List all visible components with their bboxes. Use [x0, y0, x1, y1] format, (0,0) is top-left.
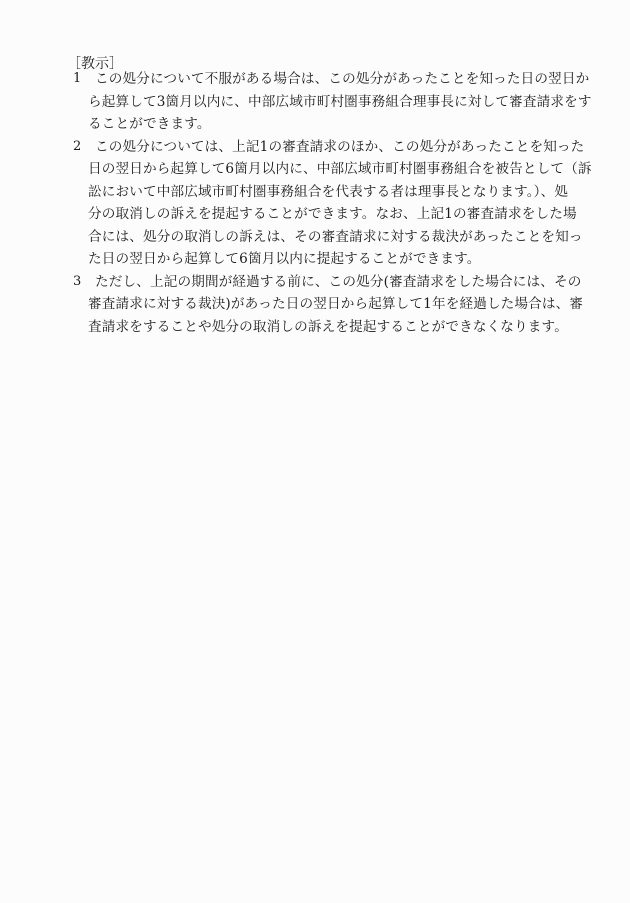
item-number: 3: [73, 271, 81, 294]
item-text-line: た日の翌日から起算して6箇月以内に提起することができます。: [88, 248, 481, 271]
item-text-line: 分の取消しの訴えを提起することができます。なお、上記1の審査請求をした場: [88, 203, 577, 226]
item-text-line: この処分について不服がある場合は、この処分があったことを知った日の翌日か: [95, 68, 589, 91]
document-page: ［教示］ 1 この処分について不服がある場合は、この処分があったことを知った日の…: [0, 0, 630, 903]
item-text-line: 査請求をすることや処分の取消しの訴えを提起することができなくなります。: [88, 316, 568, 339]
item-text-line: 訟において中部広域市町村圏事務組合を代表する者は理事長となります。）、処: [88, 181, 568, 204]
item-text-line: ることができます。: [88, 113, 211, 136]
item-text-line: ら起算して3箇月以内に、中部広域市町村圏事務組合理事長に対して審査請求をす: [88, 91, 592, 114]
item-text-line: 合には、処分の取消しの訴えは、その審査請求に対する裁決があったことを知っ: [88, 226, 583, 249]
item-text-line: この処分については、上記1の審査請求のほか、この処分があったことを知った: [95, 136, 584, 159]
item-number: 1: [73, 68, 81, 91]
item-text-line: 審査請求に対する裁決)があった日の翌日から起算して1年を経過した場合は、審: [88, 293, 583, 316]
item-text-line: 日の翌日から起算して6箇月以内に、中部広域市町村圏事務組合を被告として（訴: [88, 158, 592, 181]
item-number: 2: [73, 136, 81, 159]
item-text-line: ただし、上記の期間が経過する前に、この処分(審査請求をした場合には、その: [95, 271, 581, 294]
